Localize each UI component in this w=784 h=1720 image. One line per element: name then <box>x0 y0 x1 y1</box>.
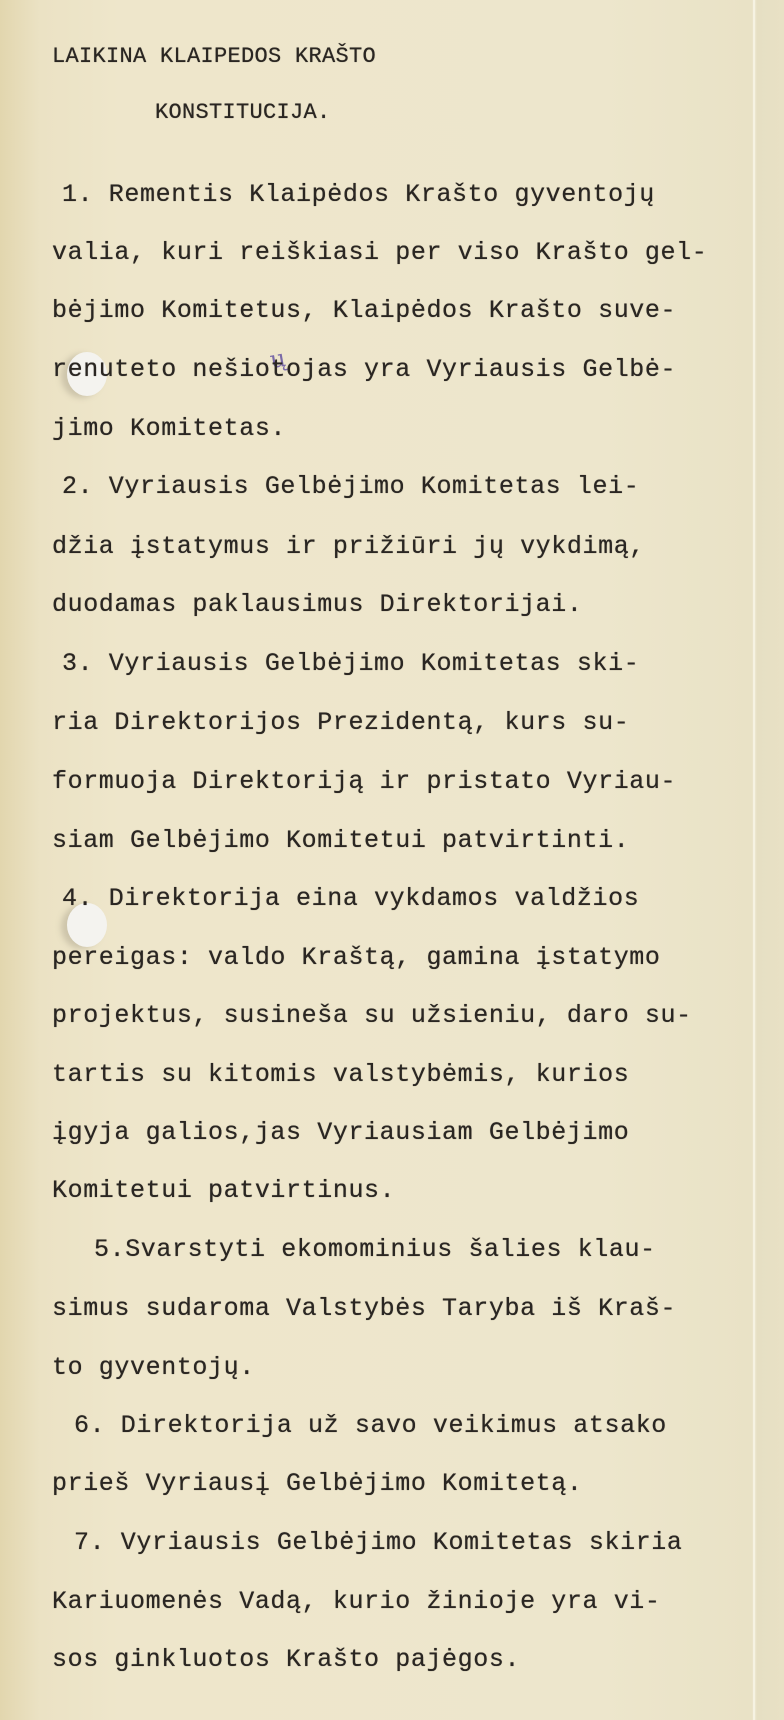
document-line: 3. Vyriausis Gelbėjimo Komitetas ski- <box>62 649 639 678</box>
document-line: renuteto nešiotojas yra Vyriausis Gelbė- <box>52 355 676 384</box>
document-line: 4. Direktorija eina vykdamos valdžios <box>62 884 639 913</box>
document-line: to gyventojų. <box>52 1353 255 1382</box>
document-line: formuoja Direktoriją ir pristato Vyriau- <box>52 767 676 796</box>
document-line: tartis su kitomis valstybėmis, kurios <box>52 1060 629 1089</box>
document-line: simus sudaroma Valstybės Taryba iš Kraš- <box>52 1294 676 1323</box>
document-line: valia, kuri reiškiasi per viso Krašto ge… <box>52 238 707 267</box>
document-line: duodamas paklausimus Direktorijai. <box>52 590 582 619</box>
document-line: 5.Svarstyti ekomominius šalies klau- <box>94 1235 656 1264</box>
document-line: projektus, susineša su užsieniu, daro su… <box>52 1001 692 1030</box>
document-line: 1. Rementis Klaipėdos Krašto gyventojų <box>62 180 655 209</box>
document-line: 7. Vyriausis Gelbėjimo Komitetas skiria <box>74 1528 683 1557</box>
document-line: bėjimo Komitetus, Klaipėdos Krašto suve- <box>52 296 676 325</box>
document-line: Kariuomenės Vadą, kurio žinioje yra vi- <box>52 1587 661 1616</box>
paper-fold-line <box>753 0 755 1720</box>
document-line: ria Direktorijos Prezidentą, kurs su- <box>52 708 629 737</box>
document-line: įgyja galios,jas Vyriausiam Gelbėjimo <box>52 1118 629 1147</box>
document-title: LAIKINA KLAIPEDOS KRAŠTO <box>52 44 376 69</box>
document-line: sos ginkluotos Krašto pajėgos. <box>52 1645 520 1674</box>
document-line: jimo Komitetas. <box>52 414 286 443</box>
document-line: Komitetui patvirtinus. <box>52 1176 395 1205</box>
document-line: siam Gelbėjimo Komitetui patvirtinti. <box>52 826 629 855</box>
document-subtitle: KONSTITUCIJA. <box>155 100 331 125</box>
document-line: 2. Vyriausis Gelbėjimo Komitetas lei- <box>62 472 639 501</box>
document-line: džia įstatymus ir prižiūri jų vykdimą, <box>52 532 645 561</box>
document-line: prieš Vyriausį Gelbėjimo Komitetą. <box>52 1469 582 1498</box>
document-line: pereigas: valdo Kraštą, gamina įstatymo <box>52 943 661 972</box>
document-line: 6. Direktorija už savo veikimus atsako <box>74 1411 667 1440</box>
